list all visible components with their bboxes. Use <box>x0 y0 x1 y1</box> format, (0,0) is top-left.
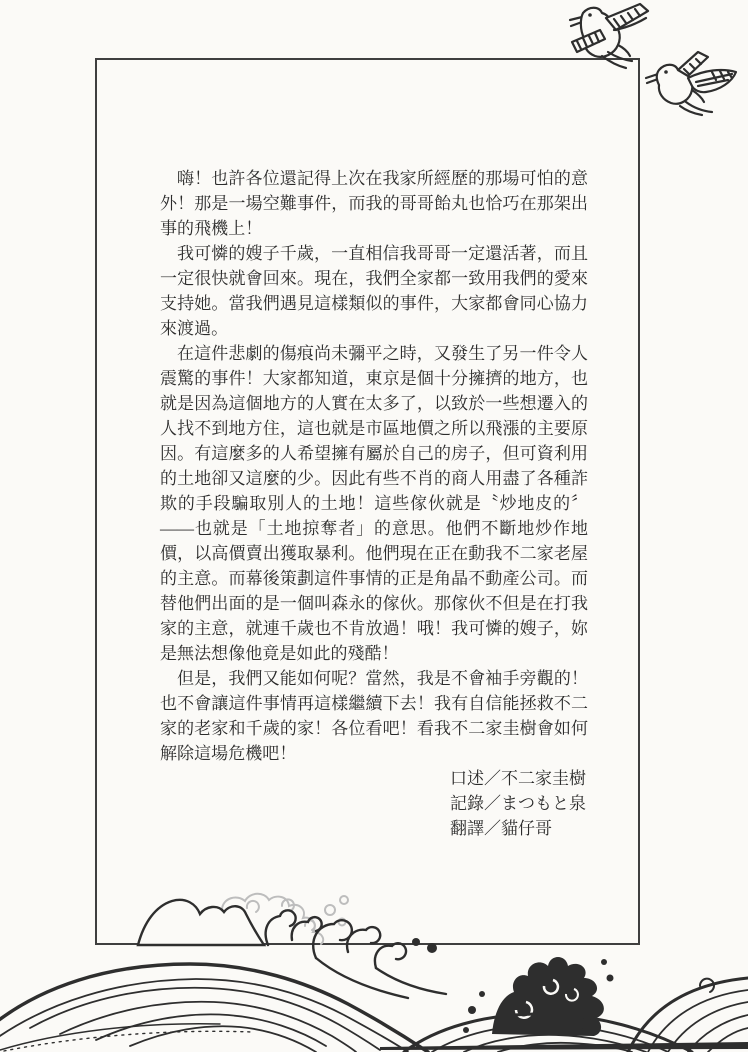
credit-line: 記錄／まつもと泉 <box>450 791 588 816</box>
manga-text-page: 嗨！也許各位還記得上次在我家所經歷的那場可怕的意外！那是一場空難事件，而我的哥哥… <box>0 0 748 1052</box>
narration-paragraph: 嗨！也許各位還記得上次在我家所經歷的那場可怕的意外！那是一場空難事件，而我的哥哥… <box>160 166 588 241</box>
bird-icon <box>642 50 748 118</box>
narration-paragraph: 但是，我們又能如何呢？當然，我是不會袖手旁觀的！也不會讓這件事情再這樣繼續下去！… <box>160 666 588 766</box>
credits-block: 口述／不二家圭樹 記錄／まつもと泉 翻譯／貓仔哥 <box>450 766 588 841</box>
credit-line: 翻譯／貓仔哥 <box>450 816 588 841</box>
credit-line: 口述／不二家圭樹 <box>450 766 588 791</box>
narration-paragraph: 我可憐的嫂子千歲，一直相信我哥哥一定還活著，而且一定很快就會回來。現在，我們全家… <box>160 241 588 341</box>
narration-paragraph: 在這件悲劇的傷痕尚未彌平之時，又發生了另一件令人震驚的事件！大家都知道，東京是個… <box>160 341 588 666</box>
narration-text-block: 嗨！也許各位還記得上次在我家所經歷的那場可怕的意外！那是一場空難事件，而我的哥哥… <box>160 166 588 841</box>
text-frame-border: 嗨！也許各位還記得上次在我家所經歷的那場可怕的意外！那是一場空難事件，而我的哥哥… <box>95 58 640 945</box>
